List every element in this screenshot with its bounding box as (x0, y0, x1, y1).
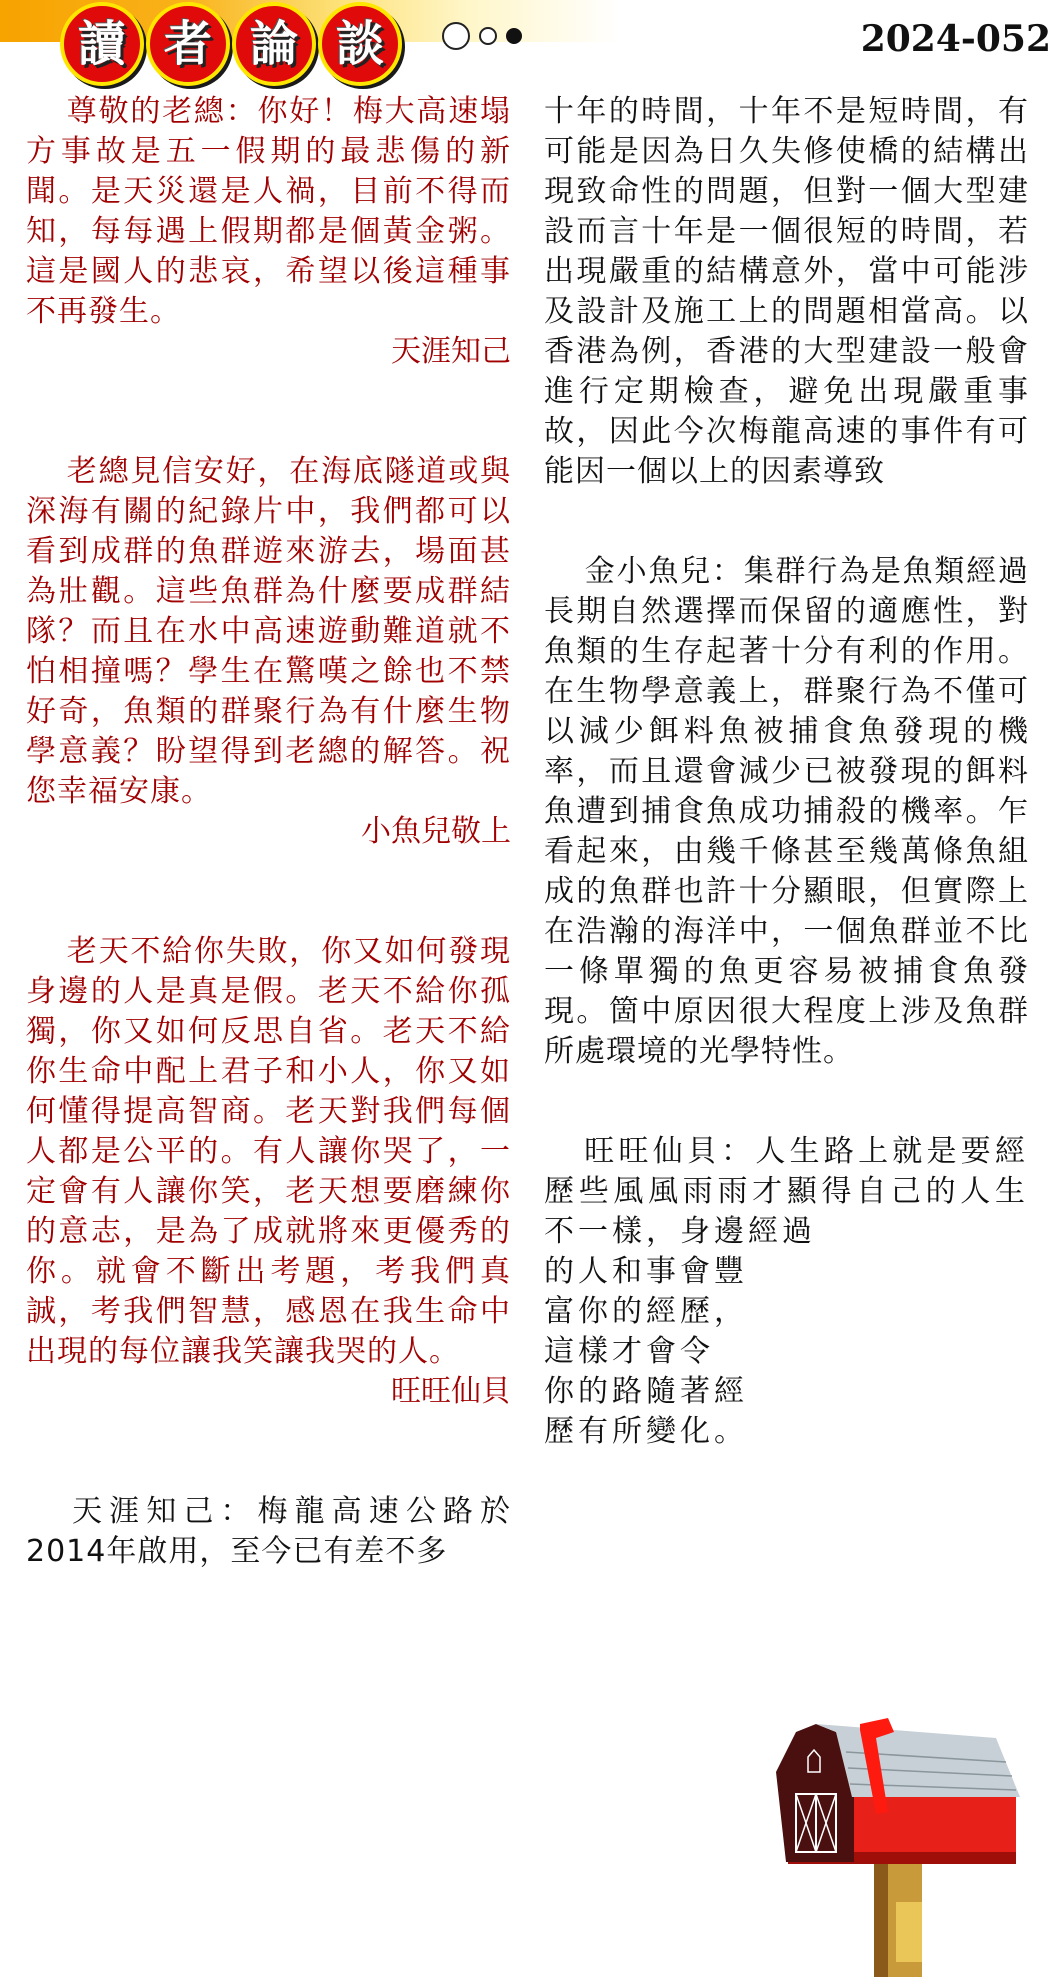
circle-outline-icon (442, 22, 470, 50)
reply-body: 旺旺仙貝：人生路上就是要經歷些風風雨雨才顯得自己的人生不一樣，身邊經過 (544, 1132, 1029, 1252)
letter-body: 老天不給你失敗，你又如何發現身邊的人是真是假。老天不給你孤獨，你又如何反思自省。… (26, 932, 511, 1372)
reply-body: 天涯知己：梅龍高速公路於2014年啟用，至今已有差不多 (26, 1492, 511, 1572)
left-column: 尊敬的老總：你好！梅大高速塌方事故是五一假期的最悲傷的新聞。是天災還是人禍，目前… (26, 92, 511, 1572)
mailbox-illustration (776, 1702, 1020, 1977)
circle-filled-icon (506, 28, 522, 44)
circle-outline-icon (479, 27, 497, 45)
title-badge: 談 (318, 2, 402, 86)
letter-signature: 小魚兒敬上 (26, 812, 511, 852)
title-badge: 者 (146, 2, 230, 86)
issue-number: 2024-052 (861, 18, 1051, 60)
decorative-dots (442, 22, 522, 50)
letter-body: 老總見信安好，在海底隧道或與深海有關的紀錄片中，我們都可以看到成群的魚群遊來游去… (26, 452, 511, 812)
reply-line: 這樣才會令 (544, 1332, 804, 1372)
reply-body: 十年的時間，十年不是短時間，有可能是因為日久失修使橋的結構出現致命性的問題，但對… (544, 92, 1029, 492)
letter-signature: 旺旺仙貝 (26, 1372, 511, 1412)
reply-line: 你的路隨著經 (544, 1372, 804, 1412)
page-header: 讀 者 論 談 2024-052 (0, 0, 1057, 82)
right-column: 十年的時間，十年不是短時間，有可能是因為日久失修使橋的結構出現致命性的問題，但對… (544, 92, 1029, 1452)
title-badge: 論 (232, 2, 316, 86)
letter-signature: 天涯知己 (26, 332, 511, 372)
reply-body: 金小魚兒：集群行為是魚類經過長期自然選擇而保留的適應性，對魚類的生存起著十分有利… (544, 552, 1029, 1072)
reply-line: 歷有所變化。 (544, 1412, 804, 1452)
title-badge: 讀 (60, 2, 144, 86)
reply-line: 的人和事會豐 (544, 1252, 804, 1292)
section-title: 讀 者 論 談 (60, 2, 402, 86)
letter-body: 尊敬的老總：你好！梅大高速塌方事故是五一假期的最悲傷的新聞。是天災還是人禍，目前… (26, 92, 511, 332)
reply-line: 富你的經歷， (544, 1292, 804, 1332)
